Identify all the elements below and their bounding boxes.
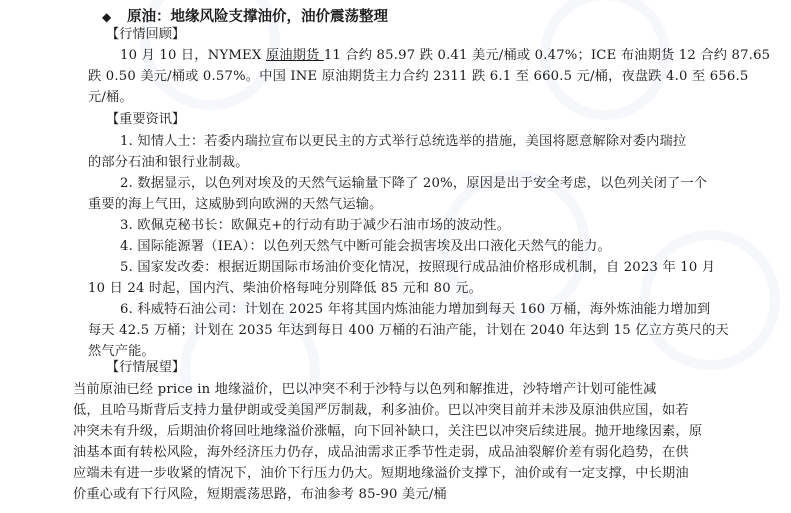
review-line-3: 元/桶。 bbox=[88, 88, 133, 108]
news-item-1-line-2: 的部分石油和银行业制裁。 bbox=[88, 153, 249, 173]
news-item-6-line-1: 6. 科威特石油公司：计划在 2025 年将其国内炼油能力增加到每天 160 万… bbox=[120, 300, 710, 320]
heading-title: 原油：地缘风险支撑油价，油价震荡整理 bbox=[127, 9, 388, 25]
news-item-4: 4. 国际能源署（IEA）：以色列天然气中断可能会损害埃及出口液化天然气的能力。 bbox=[120, 237, 611, 257]
outlook-line-6: 价重心或有下行风险，短期震荡思路，布油参考 85-90 美元/桶 bbox=[73, 485, 447, 505]
subsection-label-review: 【行情回顾】 bbox=[106, 25, 185, 45]
outlook-line-1: 当前原油已经 price in 地缘溢价，巴以冲突不利于沙特与以色列和解推进，沙… bbox=[73, 380, 657, 400]
subsection-label-news: 【重要资讯】 bbox=[106, 110, 185, 130]
news-item-2-line-2: 重要的海上气田，这威胁到向欧洲的天然气运输。 bbox=[88, 195, 383, 215]
news-item-2-line-1: 2. 数据显示，以色列对埃及的天然气运输量下降了 20%，原因是出于安全考虑，以… bbox=[120, 174, 707, 194]
crude-futures-link-text: 原油期货 bbox=[266, 48, 324, 63]
outlook-line-2: 低，且哈马斯背后支持力量伊朗或受美国严厉制裁，利多油价。巴以冲突目前并未涉及原油… bbox=[73, 401, 689, 421]
outlook-line-4: 油基本面有转松风险，海外经济压力仍存，成品油需求正季节性走弱，成品油裂解价差有弱… bbox=[73, 443, 689, 463]
review-line-1: 10 月 10 日，NYMEX 原油期货 11 合约 85.97 跌 0.41 … bbox=[120, 46, 770, 66]
diamond-bullet-icon: ◆ bbox=[102, 10, 122, 24]
outlook-line-5: 应端未有进一步收紧的情况下，油价下行压力仍大。短期地缘溢价支撑下，油价或有一定支… bbox=[73, 464, 689, 484]
outlook-line-3: 冲突未有升级，后期油价将回吐地缘溢价涨幅，向下回补缺口，关注巴以冲突后续进展。抛… bbox=[73, 422, 702, 442]
news-item-5-line-2: 10 日 24 时起，国内汽、柴油价格每吨分别降低 85 元和 80 元。 bbox=[88, 279, 482, 299]
review-text: 11 合约 85.97 跌 0.41 美元/桶或 0.47%；ICE 布油期货 … bbox=[324, 48, 770, 63]
news-item-6-line-2: 每天 42.5 万桶；计划在 2035 年达到每日 400 万桶的石油产能，计划… bbox=[88, 321, 729, 341]
news-item-1-line-1: 1. 知情人士：若委内瑞拉宣布以更民主的方式举行总统选举的措施，美国将愿意解除对… bbox=[120, 132, 686, 152]
review-line-2: 跌 0.50 美元/桶或 0.57%。中国 INE 原油期货主力合约 2311 … bbox=[88, 67, 749, 87]
news-item-3: 3. 欧佩克秘书长：欧佩克+的行动有助于减少石油市场的波动性。 bbox=[120, 216, 510, 236]
subsection-label-outlook: 【行情展望】 bbox=[106, 358, 185, 378]
review-text: 10 月 10 日，NYMEX bbox=[120, 48, 266, 63]
news-item-5-line-1: 5. 国家发改委：根据近期国际市场油价变化情况，按照现行成品油价格形成机制，自 … bbox=[120, 258, 715, 278]
section-heading: ◆ 原油：地缘风险支撑油价，油价震荡整理 bbox=[102, 5, 388, 26]
